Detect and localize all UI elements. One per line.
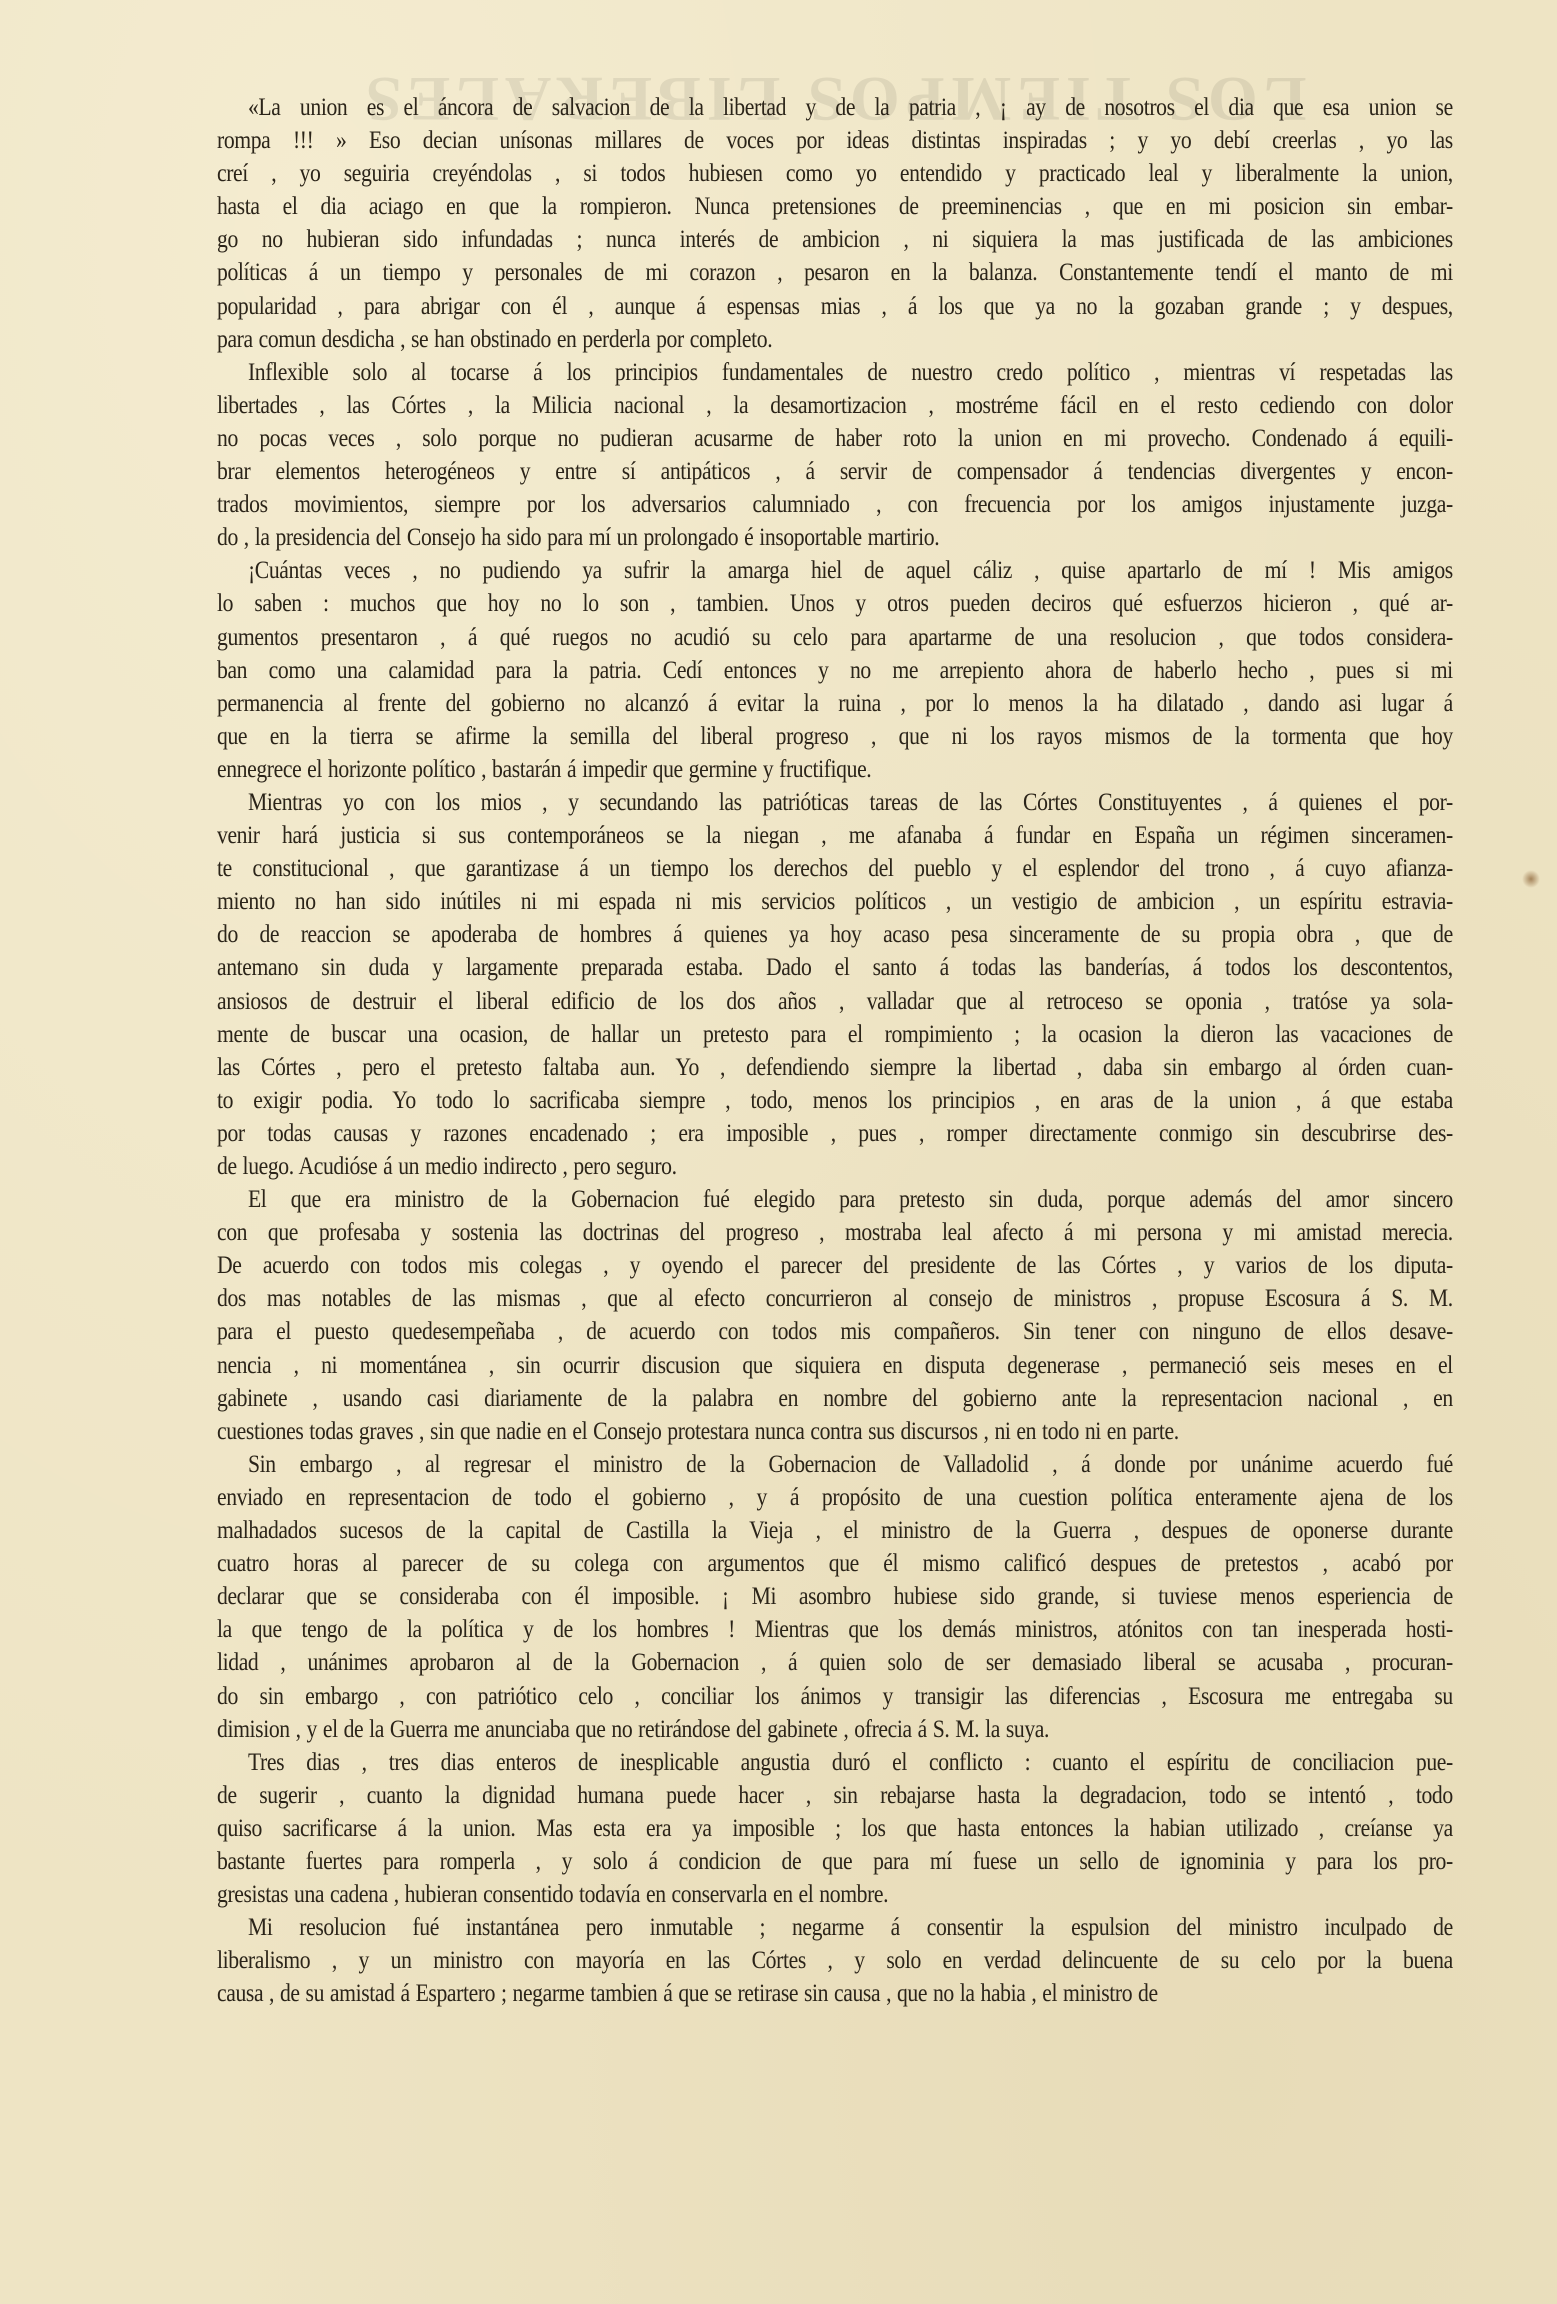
text-line: El que era ministro de la Gobernacion fu…: [217, 1183, 1453, 1216]
text-line: por todas causas y razones encadenado ; …: [217, 1117, 1453, 1150]
paragraph: Mi resolucion fué instantánea pero inmut…: [217, 1911, 1453, 2010]
text-line: mente de buscar una ocasion, de hallar u…: [217, 1018, 1453, 1051]
text-line: causa , de su amistad á Espartero ; nega…: [217, 1977, 1453, 2010]
text-line: para comun desdicha , se han obstinado e…: [217, 323, 1453, 356]
text-line: ennegrece el horizonte político , bastar…: [217, 753, 1453, 786]
text-line: permanencia al frente del gobierno no al…: [217, 687, 1453, 720]
text-line: con que profesaba y sostenia las doctrin…: [217, 1216, 1453, 1249]
text-line: que en la tierra se afirme la semilla de…: [217, 720, 1453, 753]
text-line: bastante fuertes para romperla , y solo …: [217, 1845, 1453, 1878]
paragraph: ¡Cuántas veces , no pudiendo ya sufrir l…: [217, 554, 1453, 786]
paragraph: Sin embargo , al regresar el ministro de…: [217, 1448, 1453, 1746]
text-line: miento no han sido inútiles ni mi espada…: [217, 885, 1453, 918]
document-page: «La union es el áncora de salvacion de l…: [217, 91, 1453, 2010]
text-line: antemano sin duda y largamente preparada…: [217, 951, 1453, 984]
text-line: cuestiones todas graves , sin que nadie …: [217, 1415, 1453, 1448]
text-line: gabinete , usando casi diariamente de la…: [217, 1382, 1453, 1415]
text-line: políticas á un tiempo y personales de mi…: [217, 256, 1453, 289]
text-line: hasta el dia aciago en que la rompieron.…: [217, 190, 1453, 223]
text-line: ansiosos de destruir el liberal edificio…: [217, 985, 1453, 1018]
text-line: do de reaccion se apoderaba de hombres á…: [217, 918, 1453, 951]
text-line: do sin embargo , con patriótico celo , c…: [217, 1680, 1453, 1713]
text-line: do , la presidencia del Consejo ha sido …: [217, 521, 1453, 554]
text-line: Inflexible solo al tocarse á los princip…: [217, 356, 1453, 389]
text-line: de luego. Acudióse á un medio indirecto …: [217, 1150, 1453, 1183]
text-line: no pocas veces , solo porque no pudieran…: [217, 422, 1453, 455]
text-line: nencia , ni momentánea , sin ocurrir dis…: [217, 1349, 1453, 1382]
text-line: trados movimientos, siempre por los adve…: [217, 488, 1453, 521]
text-line: Tres dias , tres dias enteros de inespli…: [217, 1746, 1453, 1779]
paragraph: Mientras yo con los mios , y secundando …: [217, 786, 1453, 1183]
text-line: lo saben : muchos que hoy no lo son , ta…: [217, 587, 1453, 620]
text-line: declarar que se consideraba con él impos…: [217, 1580, 1453, 1613]
text-line: Mi resolucion fué instantánea pero inmut…: [217, 1911, 1453, 1944]
text-line: dos mas notables de las mismas , que al …: [217, 1282, 1453, 1315]
text-line: para el puesto quedesempeñaba , de acuer…: [217, 1315, 1453, 1348]
text-line: libertades , las Córtes , la Milicia nac…: [217, 389, 1453, 422]
paragraph: El que era ministro de la Gobernacion fu…: [217, 1183, 1453, 1448]
text-line: De acuerdo con todos mis colegas , y oye…: [217, 1249, 1453, 1282]
text-line: enviado en representacion de todo el gob…: [217, 1481, 1453, 1514]
text-line: las Córtes , pero el pretesto faltaba au…: [217, 1051, 1453, 1084]
text-line: la que tengo de la política y de los hom…: [217, 1613, 1453, 1646]
text-line: to exigir podia. Yo todo lo sacrificaba …: [217, 1084, 1453, 1117]
text-line: te constitucional , que garantizase á un…: [217, 852, 1453, 885]
text-line: quiso sacrificarse á la union. Mas esta …: [217, 1812, 1453, 1845]
paper-stain: [1522, 870, 1540, 888]
text-line: go no hubieran sido infundadas ; nunca i…: [217, 223, 1453, 256]
text-line: gumentos presentaron , á qué ruegos no a…: [217, 621, 1453, 654]
paragraph: Inflexible solo al tocarse á los princip…: [217, 356, 1453, 555]
text-line: venir hará justicia si sus contemporáneo…: [217, 819, 1453, 852]
text-line: creí , yo seguiria creyéndolas , si todo…: [217, 157, 1453, 190]
text-line: gresistas una cadena , hubieran consenti…: [217, 1878, 1453, 1911]
text-line: Mientras yo con los mios , y secundando …: [217, 786, 1453, 819]
text-line: lidad , unánimes aprobaron al de la Gobe…: [217, 1646, 1453, 1679]
paragraph: «La union es el áncora de salvacion de l…: [217, 91, 1453, 356]
text-line: rompa !!! » Eso decian unísonas millares…: [217, 124, 1453, 157]
paragraph: Tres dias , tres dias enteros de inespli…: [217, 1746, 1453, 1911]
text-line: brar elementos heterogéneos y entre sí a…: [217, 455, 1453, 488]
text-line: cuatro horas al parecer de su colega con…: [217, 1547, 1453, 1580]
text-line: «La union es el áncora de salvacion de l…: [217, 91, 1453, 124]
text-line: dimision , y el de la Guerra me anunciab…: [217, 1713, 1453, 1746]
text-line: Sin embargo , al regresar el ministro de…: [217, 1448, 1453, 1481]
text-line: de sugerir , cuanto la dignidad humana p…: [217, 1779, 1453, 1812]
text-line: malhadados sucesos de la capital de Cast…: [217, 1514, 1453, 1547]
text-line: popularidad , para abrigar con él , aunq…: [217, 290, 1453, 323]
text-line: ban como una calamidad para la patria. C…: [217, 654, 1453, 687]
text-line: ¡Cuántas veces , no pudiendo ya sufrir l…: [217, 554, 1453, 587]
text-line: liberalismo , y un ministro con mayoría …: [217, 1944, 1453, 1977]
